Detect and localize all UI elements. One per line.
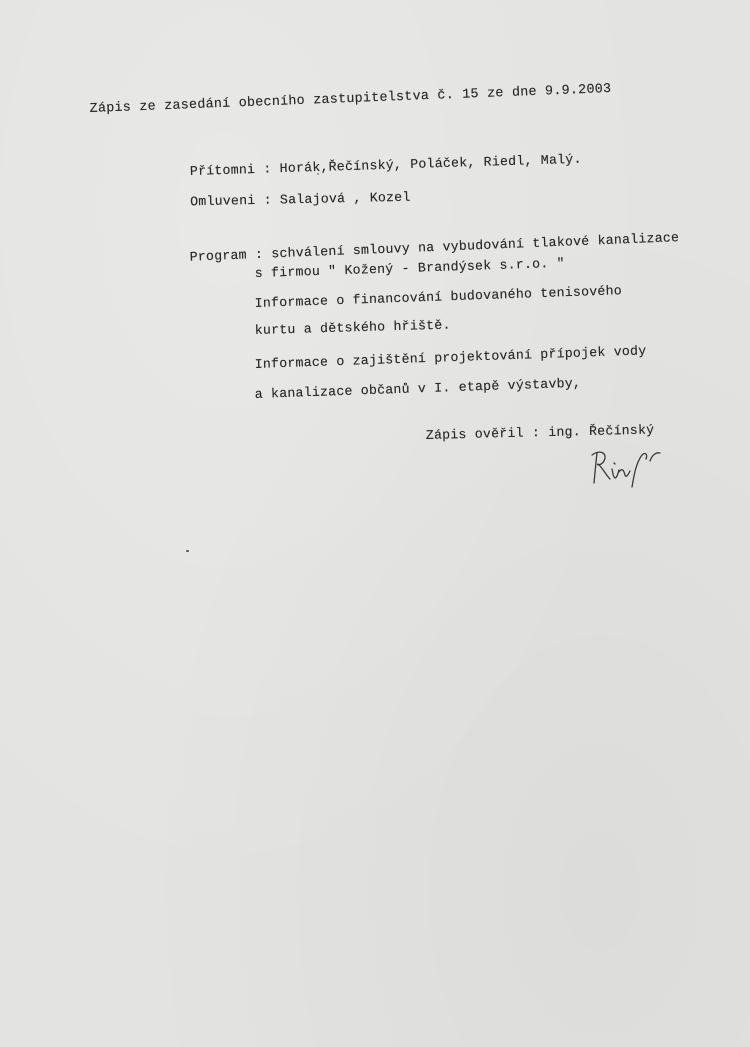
attendees-excused-row: Omluveni : Salajová , Kozel — [157, 175, 411, 225]
document-page: Zápis ze zasedání obecního zastupitelstv… — [0, 0, 750, 1047]
program-item-line: Informace o zajištění projektování přípo… — [254, 343, 646, 372]
program-item-line: schválení smlouvy na vybudování tlakové … — [271, 230, 679, 261]
signature-icon — [588, 445, 668, 490]
program-item-line: kurtu a dětského hřiště. — [255, 318, 451, 338]
attendees-excused-label: Omluveni : — [190, 192, 280, 209]
program-label: Program : — [189, 246, 271, 264]
attendees-present-label: Přítomni : — [190, 161, 280, 179]
program-item-line: Informace o financování budovaného tenis… — [254, 283, 622, 311]
attendees-excused-value: Salajová , Kozel — [280, 190, 411, 208]
verified-by: Zápis ověřil : ing. Řečínský — [426, 422, 655, 443]
attendees-present-value: Horák,Řečínský, Poláček, Riedl, Malý. — [279, 152, 581, 176]
program-item-line: a kanalizace občanů v I. etapě výstavby, — [254, 376, 581, 402]
paper-speck — [317, 173, 319, 175]
paper-speck — [186, 550, 189, 552]
document-title: Zápis ze zasedání obecního zastupitelstv… — [89, 82, 611, 117]
